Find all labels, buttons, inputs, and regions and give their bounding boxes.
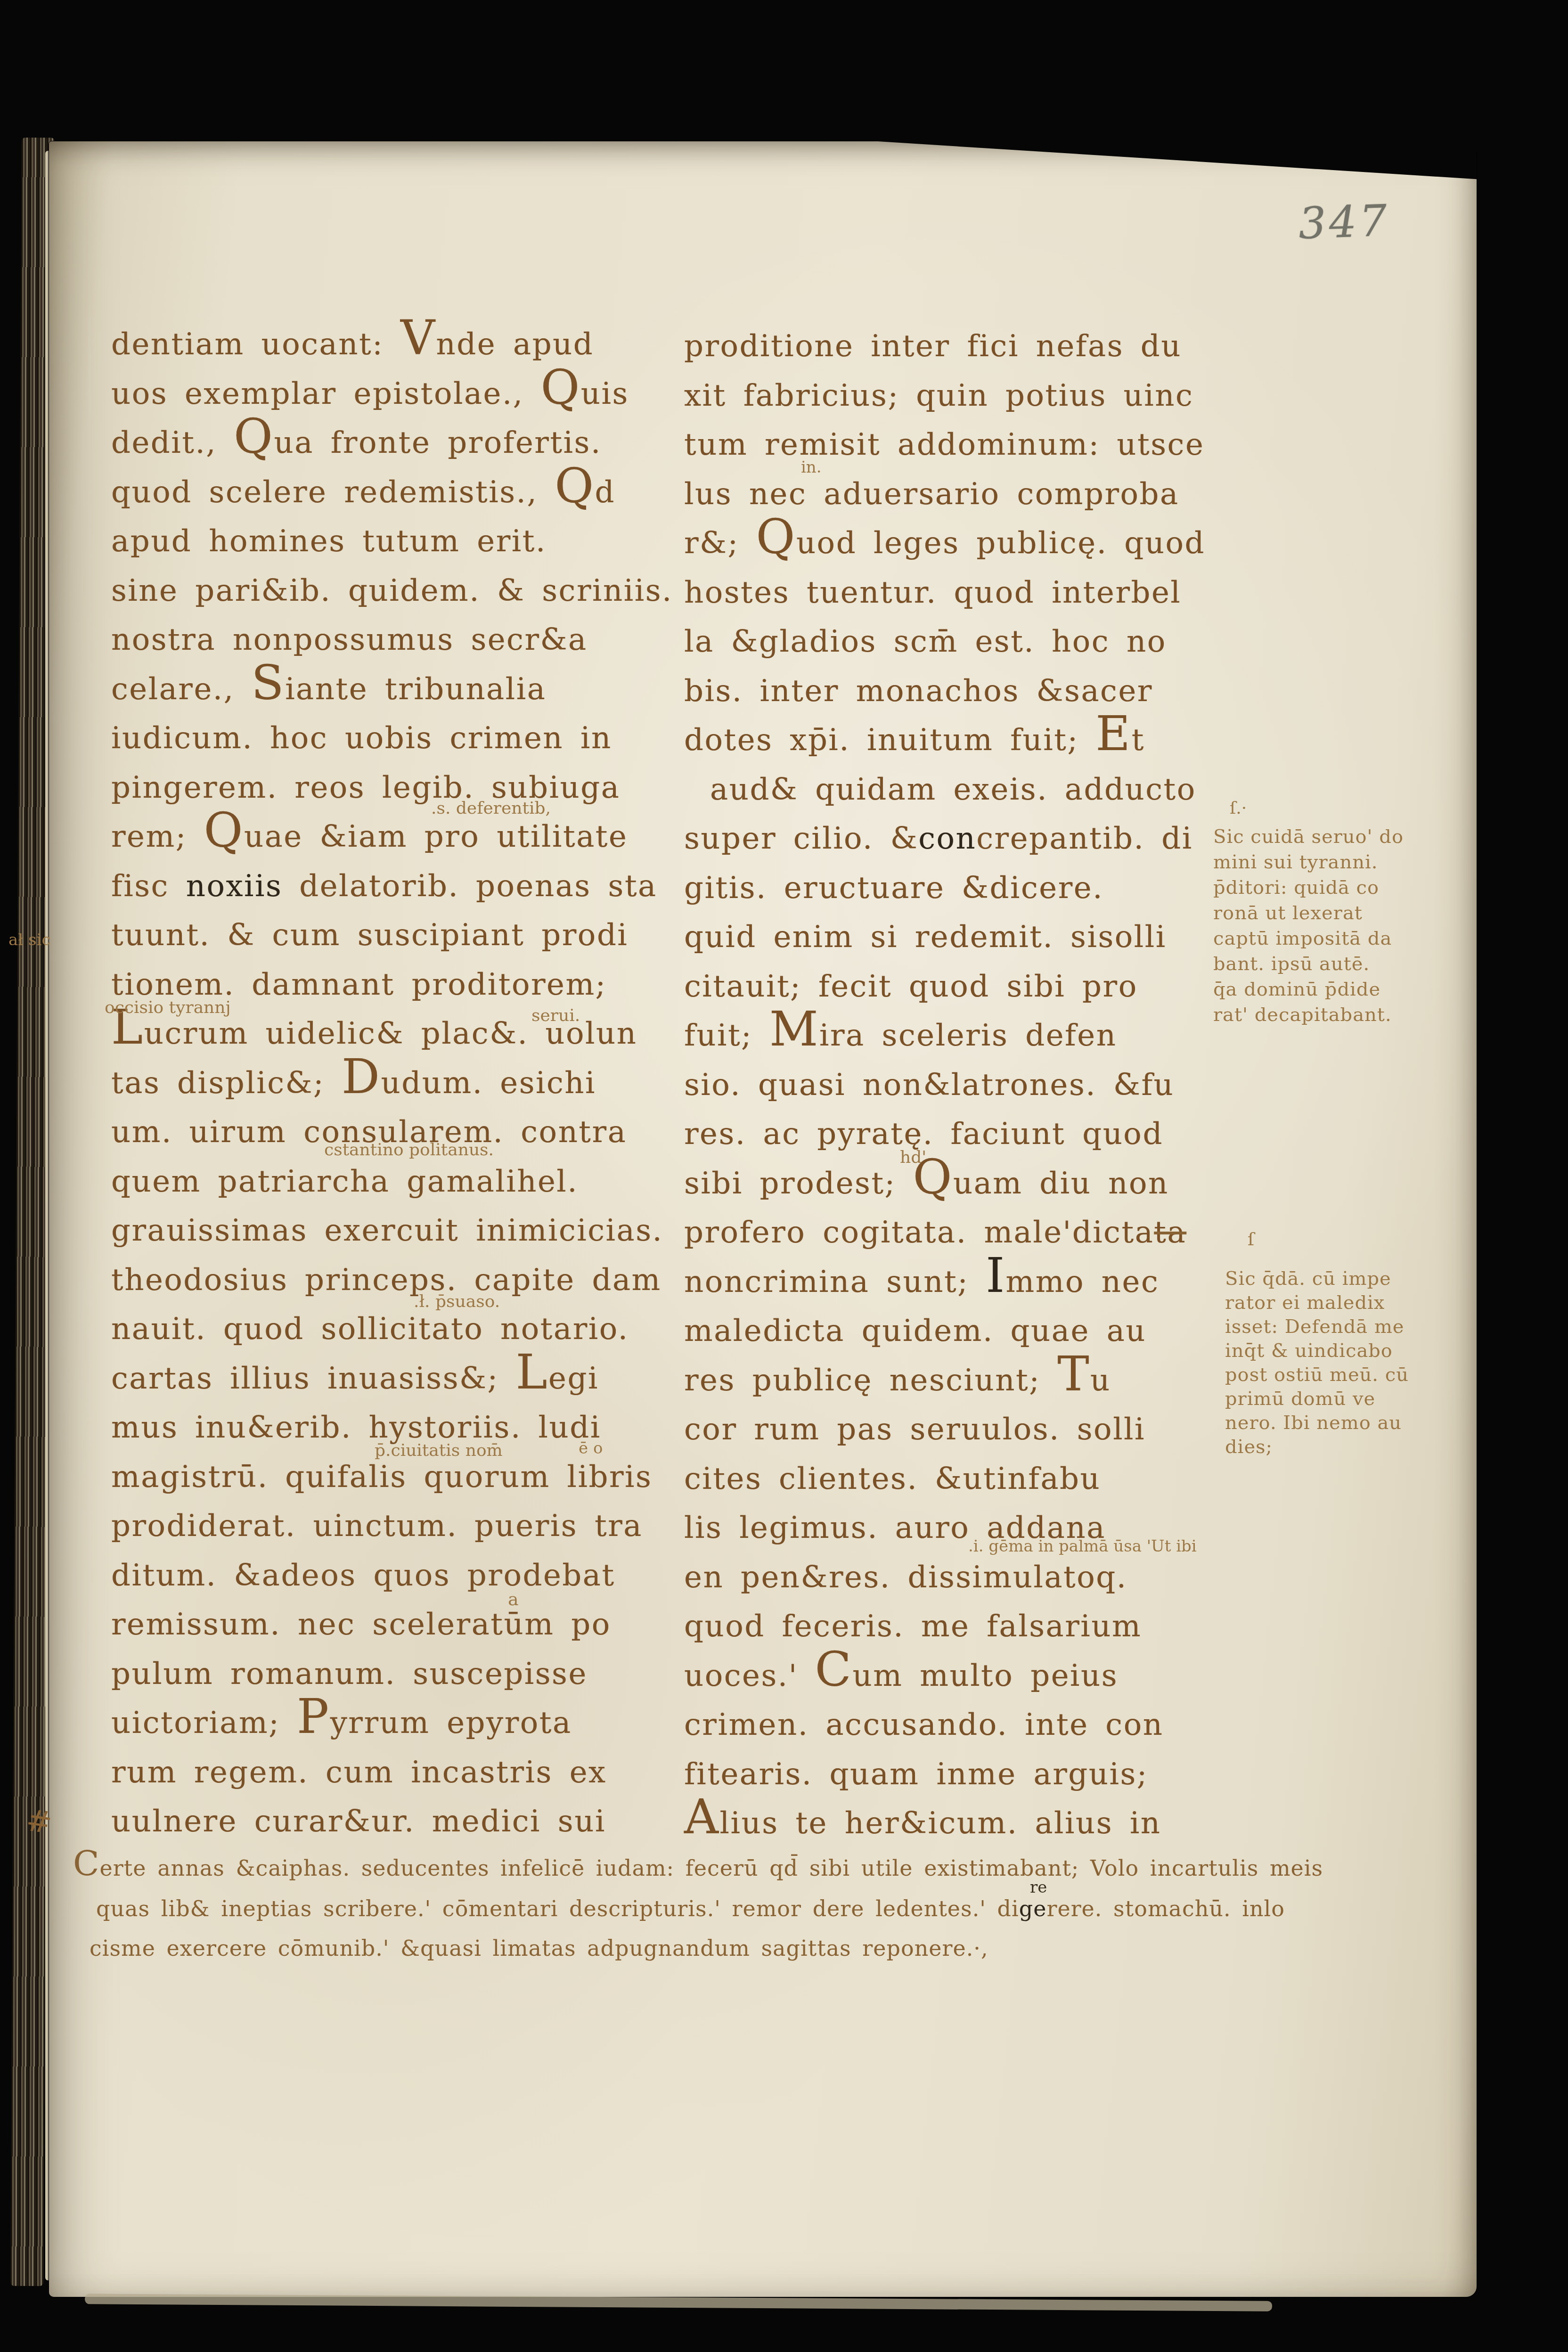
text-line: post ostiū meū. cū (1225, 1364, 1489, 1388)
text-line: nero. Ibi nemo au (1225, 1412, 1489, 1436)
text-line: dentiam uocant: Vnde apud (111, 324, 684, 374)
text-line: cites clientes. &utinfabu (684, 1459, 1257, 1508)
text-line: res publicę nesciunt; Tu (684, 1360, 1257, 1410)
marginal-annotation: cstantino politanus. (324, 1140, 494, 1160)
text-line: rum regem. cum incastris ex (111, 1752, 684, 1802)
text-line: sibi prodest; Quam diu non (684, 1163, 1257, 1213)
text-line: gitis. eructuare &dicere. (684, 868, 1257, 917)
marginal-annotation: .s. deferentib, (431, 799, 551, 818)
marginal-annotation: in. (801, 458, 822, 477)
text-line: quem patriarcha gamalihel. (111, 1161, 684, 1211)
text-line: cor rum pas seruulos. solli (684, 1409, 1257, 1459)
text-line: aud& quidam exeis. adducto (684, 769, 1257, 819)
text-line: maledicta quidem. quae au (684, 1311, 1257, 1360)
text-line: fuit; Mira sceleris defen (684, 1015, 1257, 1065)
text-line: primū domū ve (1225, 1388, 1489, 1412)
marginal-annotation: hd' (900, 1148, 926, 1167)
text-line: inq̄t & uindicabo (1225, 1339, 1489, 1364)
text-line: uoces.' Cum multo peius (684, 1656, 1257, 1705)
text-line: q̄a dominū p̄dide (1213, 978, 1477, 1004)
marginal-annotation: # (24, 1803, 54, 1841)
text-line: bant. ipsū autē. (1213, 953, 1477, 978)
text-line: Alius te her&icum. alius in (684, 1803, 1257, 1853)
page-number: 347 (1298, 196, 1390, 249)
text-line: uos exemplar epistolae., Quis (111, 374, 684, 423)
footer-line: cisme exercere cōmunib.' &quasi limatas … (90, 1935, 988, 1961)
marginal-annotation: a (508, 1589, 519, 1609)
text-line: proditione inter fici nefas du (684, 326, 1257, 376)
text-line: Sic q̄dā. cū impe (1225, 1267, 1489, 1291)
text-line: rem; Quae &iam pro utilitate (111, 817, 684, 866)
text-line: apud homines tutum erit. (111, 521, 684, 571)
text-line: noncrimina sunt; Immo nec (684, 1262, 1257, 1311)
text-line: r&; Quod leges publicę. quod (684, 523, 1257, 572)
screenshot-root: { "page_number": "347", "ink": {"main": … (0, 0, 1568, 2352)
margin-gloss-lower: Sic q̄dā. cū imperator ei maledixisset: … (1225, 1267, 1489, 1460)
text-line: profero cogitata. male'dictata (684, 1212, 1257, 1262)
text-line: quid enim si redemit. sisolli (684, 917, 1257, 966)
text-line: fitearis. quam inme arguis; (684, 1754, 1257, 1804)
text-line: isset: Defendā me (1225, 1315, 1489, 1339)
text-line: pingerem. reos legib. subiuga (111, 768, 684, 817)
text-line: ditum. &adeos quos prodebat (111, 1555, 684, 1605)
text-line: xit fabricius; quin potius uinc (684, 376, 1257, 425)
text-line: remissum. nec sceleratūm po (111, 1604, 684, 1654)
text-line: sio. quasi non&latrones. &fu (684, 1065, 1257, 1114)
text-line: rator ei maledix (1225, 1291, 1489, 1315)
text-line: hostes tuentur. quod interbel (684, 572, 1257, 622)
text-line: tum remisit addominum: utsce (684, 425, 1257, 474)
footer-line: quas lib& ineptias scribere.' cōmentari … (96, 1896, 1285, 1921)
text-line: p̄ditori: quidā co (1213, 876, 1477, 902)
text-line: res. ac pyratę. faciunt quod (684, 1114, 1257, 1163)
marginal-annotation: ē o (579, 1439, 603, 1458)
right-text-column: proditione inter fici nefas duxit fabric… (684, 326, 1257, 1853)
text-line: fisc noxiis delatorib. poenas sta (111, 866, 684, 915)
text-line: quod feceris. me falsarium (684, 1606, 1257, 1656)
text-line: la &gladios scm̄ est. hoc no (684, 621, 1257, 671)
marginal-annotation: .ł. p̄suaso. (414, 1292, 500, 1311)
text-line: quod scelere redemistis., Qd (111, 472, 684, 522)
text-line: grauissimas exercuit inimicicias. (111, 1210, 684, 1260)
text-line: nauit. quod sollicitato notario. (111, 1309, 684, 1358)
left-text-column: dentiam uocant: Vnde apuduos exemplar ep… (111, 324, 684, 1851)
text-line: bis. inter monachos &sacer (684, 671, 1257, 720)
text-line: theodosius princeps. capite dam (111, 1260, 684, 1309)
text-line: cartas illius inuasiss&; Legi (111, 1358, 684, 1408)
text-line: ronā ut lexerat (1213, 902, 1477, 927)
marginal-annotation: ſ (1248, 1229, 1254, 1249)
text-line: crimen. accusando. inte con (684, 1705, 1257, 1754)
text-line: celare., Siante tribunalia (111, 669, 684, 719)
text-line: nostra nonpossumus secr&a (111, 620, 684, 669)
marginal-annotation: p̄.ciuitatis nom̄ (375, 1441, 503, 1460)
marginal-annotation: .i. gēma in palmā ūsa 'Ut ibi (968, 1537, 1197, 1556)
text-line: prodiderat. uinctum. pueris tra (111, 1506, 684, 1555)
marginal-annotation: re (1030, 1878, 1047, 1897)
margin-gloss-upper: Sic cuidā seruo' domini sui tyranni.p̄di… (1213, 825, 1477, 1029)
text-line: Sic cuidā seruo' do (1213, 825, 1477, 851)
text-line: rat' decapitabant. (1213, 1004, 1477, 1029)
text-line: dedit., Qua fronte profertis. (111, 423, 684, 472)
text-line: captū impositā da (1213, 927, 1477, 953)
marginal-annotation: serui. (531, 1006, 580, 1025)
text-line: uulnere curar&ur. medici sui (111, 1801, 684, 1851)
text-line: uictoriam; Pyrrum epyrota (111, 1703, 684, 1752)
text-line: tuunt. & cum suscipiant prodi (111, 915, 684, 964)
text-line: iudicum. hoc uobis crimen in (111, 718, 684, 768)
text-line: super cilio. &concrepantib. di (684, 818, 1257, 868)
text-line: magistrū. quifalis quorum libris (111, 1457, 684, 1506)
marginal-annotation: occisio tyrannj (105, 998, 231, 1017)
text-line: sine pari&ib. quidem. & scriniis. (111, 571, 684, 620)
text-line: dotes xp̄i. inuitum fuit; Et (684, 720, 1257, 769)
text-line: Lucrum uidelic& plac&. uolun (111, 1013, 684, 1063)
footer-line: Certe annas &caiphas. seducentes infelic… (73, 1855, 1323, 1881)
text-line: en pen&res. dissimulatoq. (684, 1557, 1257, 1607)
marginal-annotation: ał sic (8, 931, 50, 949)
text-line: mini sui tyranni. (1213, 851, 1477, 876)
text-line: dies; (1225, 1436, 1489, 1460)
text-line: tas displic&; Dudum. esichi (111, 1063, 684, 1112)
text-line: pulum romanum. suscepisse (111, 1654, 684, 1703)
marginal-annotation: ſ.· (1230, 799, 1247, 818)
